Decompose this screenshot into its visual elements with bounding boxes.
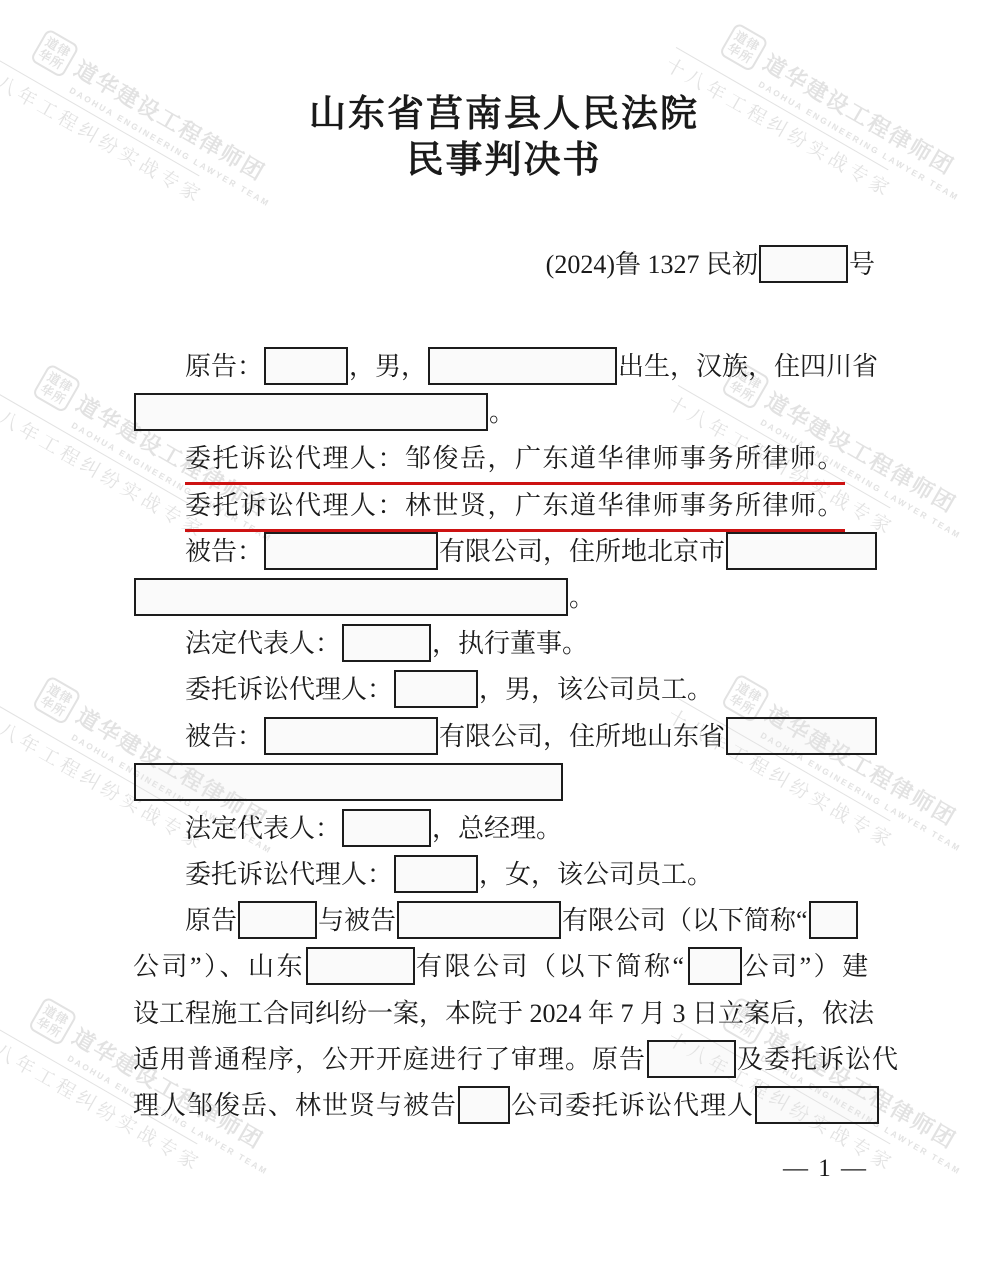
redaction-box — [134, 393, 488, 431]
line-agent-defendant-2: 委托诉讼代理人：，女，该公司员工。 — [133, 852, 875, 898]
redaction-box — [306, 947, 415, 985]
document-body: 原告：，男，出生，汉族，住四川省 。 委托诉讼代理人：邹俊岳，广东道华律师事务所… — [133, 344, 875, 1129]
line-legal-rep-2: 法定代表人：，总经理。 — [133, 806, 875, 852]
red-underlined-text: 委托诉讼代理人：邹俊岳，广东道华律师事务所律师。 — [185, 439, 845, 485]
law-firm-logo-icon: 道律 华所 — [30, 28, 81, 79]
redaction-box — [759, 245, 848, 283]
case-number-line: (2024)鲁 1327 民初号 — [133, 242, 875, 288]
line-defendant-1-address: 。 — [133, 575, 875, 621]
document-title: 山东省莒南县人民法院 民事判决书 — [133, 92, 875, 184]
document-content: 山东省莒南县人民法院 民事判决书 (2024)鲁 1327 民初号 原告：，男，… — [133, 0, 875, 1129]
redaction-box — [397, 901, 561, 939]
redaction-box — [428, 347, 617, 385]
case-number-suffix: 号 — [849, 250, 875, 279]
red-underlined-text: 委托诉讼代理人：林世贤，广东道华律师事务所律师。 — [185, 486, 845, 532]
line-plaintiff-address: 。 — [133, 390, 875, 436]
redaction-box — [688, 947, 742, 985]
redaction-box — [342, 624, 431, 662]
line-plaintiff: 原告：，男，出生，汉族，住四川省 — [133, 344, 875, 390]
line-agent-zoujunyue: 委托诉讼代理人：邹俊岳，广东道华律师事务所律师。 — [133, 436, 875, 482]
redaction-box — [726, 717, 877, 755]
redaction-box — [394, 670, 478, 708]
line-defendant-2-address — [133, 760, 875, 806]
law-firm-logo-icon: 道律 华所 — [32, 363, 83, 414]
line-case-summary-3: 设工程施工合同纠纷一案，本院于 2024 年 7 月 3 日立案后，依法 — [133, 991, 875, 1037]
line-case-summary-1: 原告与被告有限公司（以下简称“ — [133, 898, 875, 944]
redaction-box — [809, 901, 858, 939]
law-firm-logo-icon: 道律 华所 — [28, 996, 79, 1047]
judgment-document-page: 道律 华所 道华建设工程律师团 DAOHUA ENGINEERING LAWYE… — [0, 0, 1000, 1262]
page-number: — 1 — — [783, 1155, 868, 1183]
line-legal-rep-1: 法定代表人：，执行董事。 — [133, 621, 875, 667]
redaction-box — [394, 855, 478, 893]
line-agent-defendant-1: 委托诉讼代理人：，男，该公司员工。 — [133, 667, 875, 713]
redaction-box — [134, 578, 568, 616]
redaction-box — [264, 717, 438, 755]
line-agent-linshixian: 委托诉讼代理人：林世贤，广东道华律师事务所律师。 — [133, 483, 875, 529]
court-name: 山东省莒南县人民法院 — [133, 92, 875, 138]
law-firm-logo-icon: 道律 华所 — [32, 675, 83, 726]
line-case-summary-4: 适用普通程序，公开开庭进行了审理。原告及委托诉讼代 — [133, 1037, 875, 1083]
redaction-box — [458, 1086, 510, 1124]
line-defendant-1: 被告：有限公司，住所地北京市 — [133, 529, 875, 575]
redaction-box — [726, 532, 877, 570]
redaction-box — [755, 1086, 879, 1124]
redaction-box — [134, 763, 563, 801]
redaction-box — [647, 1040, 736, 1078]
redaction-box — [342, 809, 431, 847]
line-case-summary-2: 公司”）、山东有限公司（以下简称“公司”）建 — [133, 944, 875, 990]
redaction-box — [264, 532, 438, 570]
line-defendant-2: 被告：有限公司，住所地山东省 — [133, 714, 875, 760]
case-number-prefix: (2024)鲁 1327 民初 — [546, 250, 758, 279]
redaction-box — [264, 347, 348, 385]
document-type: 民事判决书 — [133, 138, 875, 184]
redaction-box — [238, 901, 317, 939]
line-case-summary-5: 理人邹俊岳、林世贤与被告公司委托诉讼代理人 — [133, 1083, 875, 1129]
